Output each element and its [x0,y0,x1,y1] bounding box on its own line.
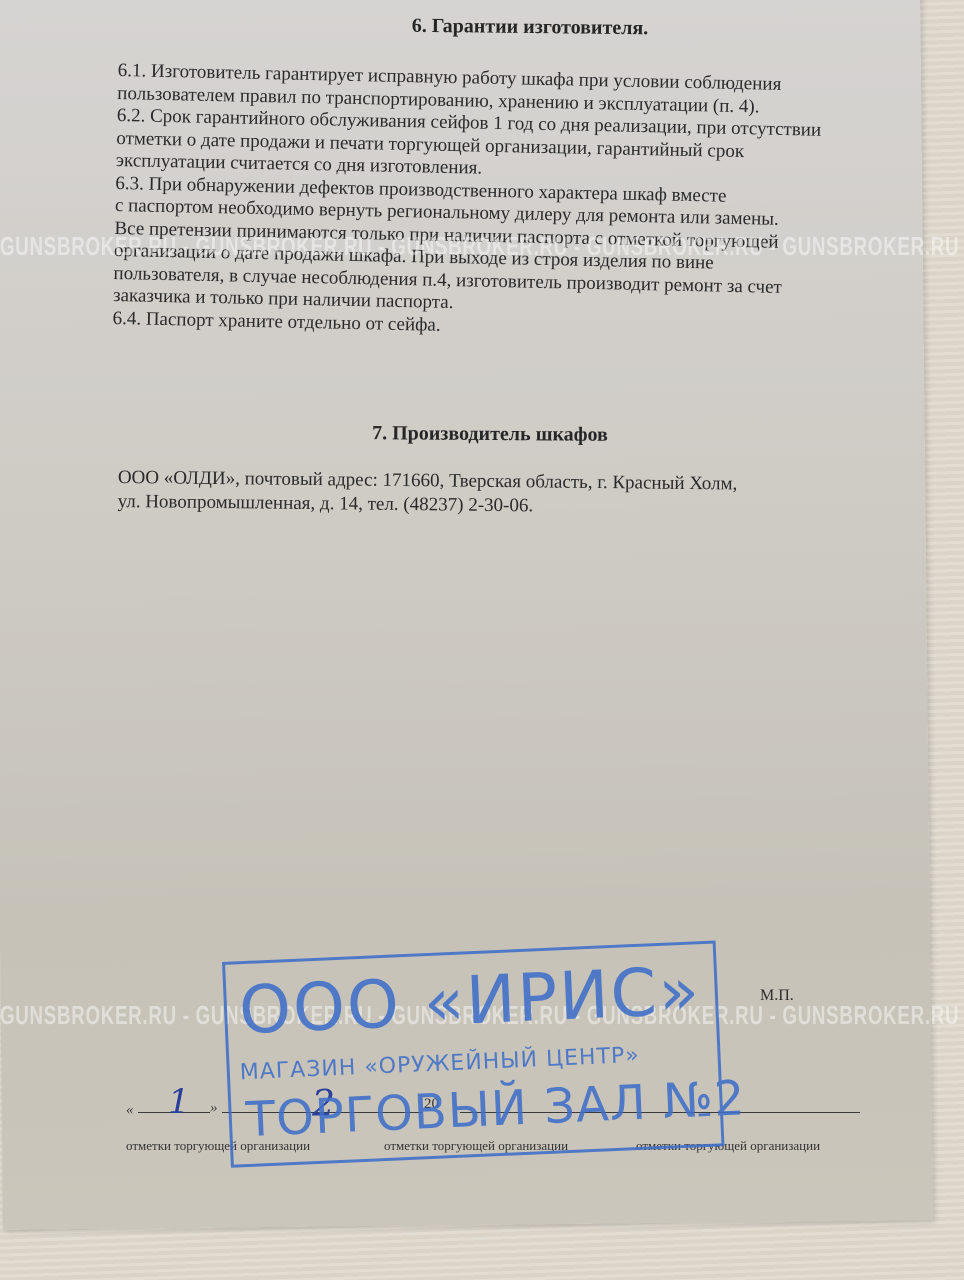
section-6-title: 6. Гарантии изготовителя. [300,14,760,42]
day-open-quote: « [126,1102,134,1119]
stamp-hall-number: ТОРГОВЫЙ ЗАЛ №2 [245,1070,747,1148]
section-6-body: 6.1. Изготовитель гарантирует исправную … [112,60,917,347]
handwritten-day: 1 [168,1082,190,1122]
section-7-title: 7. Производитель шкафов [300,422,680,448]
company-stamp: ООО «ИРИС» МАГАЗИН «ОРУЖЕЙНЫЙ ЦЕНТР» ТОР… [222,940,725,1167]
day-close-quote: » [210,1100,218,1117]
stamp-company-name: ООО «ИРИС» [237,952,702,1049]
seal-label: М.П. [760,987,794,1005]
section-7-body: ООО «ОЛДИ», почтовый адрес: 171660, Твер… [117,466,877,522]
watermark: GUNSBROKER.RU - GUNSBROKER.RU - GUNSBROK… [0,231,694,262]
